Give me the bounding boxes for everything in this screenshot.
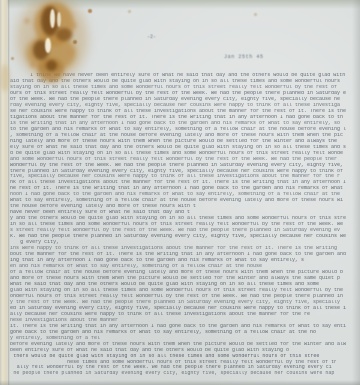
stain-speckle	[254, 13, 257, 16]
page-number: -2-	[147, 34, 156, 40]
stain-speckle	[73, 40, 77, 44]
stain-speckle	[128, 10, 131, 13]
stain-rim	[30, 62, 36, 68]
stain-rim	[70, 22, 77, 29]
paper-right-edge-shadow	[352, 0, 360, 385]
stain-highlight	[57, 12, 61, 27]
letter-line: he people there planned in Saturday even…	[13, 371, 339, 377]
stain-speckle	[11, 57, 14, 60]
paper-bottom-edge-shadow	[0, 380, 360, 385]
stain-blob	[26, 34, 76, 72]
stain-dark-spot	[33, 40, 49, 60]
stain-halo	[16, 0, 88, 82]
stain-dark-spot	[56, 28, 72, 41]
letter-body: I think we have never been entirely sure…	[10, 73, 346, 377]
stain-highlight	[50, 9, 55, 28]
paper-top-shadow	[0, 0, 360, 9]
date-line: Jan 25th 45	[224, 54, 264, 60]
letter-page: -2- Jan 25th 45 I think we have never be…	[0, 0, 360, 385]
stain-dark-spot	[41, 6, 59, 36]
stain-highlight	[45, 38, 51, 53]
stain-rim	[66, 48, 74, 56]
stain-dark-spot	[46, 60, 57, 71]
stain-speckle	[88, 9, 92, 13]
stain-rim	[24, 18, 30, 24]
